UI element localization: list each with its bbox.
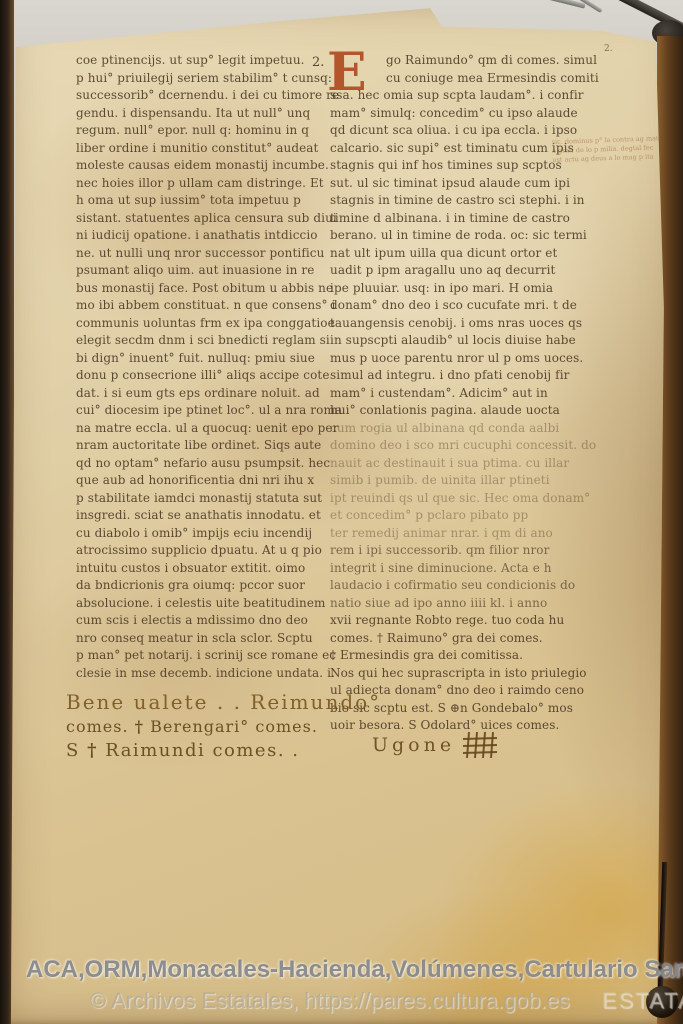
manuscript-column-right: go Raimundo° qm di comes. simulcu coniug… (330, 52, 586, 735)
manuscript-text-line: simul ad integru. i dno pfati cenobij fi… (330, 367, 586, 385)
manuscript-text-line: ne. ut nulli unq nror successor pontific… (76, 245, 320, 263)
manuscript-text-line: calcario. sic supi° est timinatu cum ipi… (330, 140, 586, 158)
manuscript-text-line: cu diabolo i omib° impijs eciu incendij (76, 525, 320, 543)
manuscript-text-line: comes. † Raimuno° gra dei comes. (330, 630, 586, 648)
manuscript-text-line: cu coniuge mea Ermesindis comiti (386, 70, 586, 88)
manuscript-text-line: sut. ul sic timinat ipsud alaude cum ipi (330, 175, 586, 193)
manuscript-text-line: h oma ut sup iussim° tota impetuu p (76, 192, 320, 210)
manuscript-text-line: ter remedij animar nrar. i qm di ano (330, 525, 586, 543)
manuscript-text-line: tauangensis cenobij. i oms nras uoces qs (330, 315, 586, 333)
manuscript-text-line: p stabilitate iamdci monastij statuta su… (76, 490, 320, 508)
manuscript-text-line: insgredi. sciat se anathatis innodatu. e… (76, 507, 320, 525)
manuscript-text-line: successorib° dcernendu. i dei cu timore … (76, 87, 320, 105)
manuscript-text-line: nec hoies illor p ullam cam distringe. E… (76, 175, 320, 193)
manuscript-text-line: et concedim° p pclaro pibato pp (330, 507, 586, 525)
manuscript-text-line: natio siue ad ipo anno iiii kl. i anno (330, 595, 586, 613)
manuscript-text-line: ni iudicij opatione. i anathatis intdicc… (76, 227, 320, 245)
manuscript-text-line: ipe pluuiar. usq: in ipo mari. H omia (330, 280, 586, 298)
manuscript-text-line: coe ptinencijs. ut sup° legit impetuu. (76, 52, 320, 70)
copyright-text: © Archivos Estatales, https://pares.cult… (90, 988, 570, 1013)
manuscript-text-line: mo ibi abbem constituat. n que consens° … (76, 297, 320, 315)
manuscript-column-left: coe ptinencijs. ut sup° legit impetuu.p … (76, 52, 320, 682)
manuscript-text-line: in supscpti alaudib° ul locis diuise hab… (330, 332, 586, 350)
manuscript-text-line: † Ermesindis gra dei comitissa. (330, 647, 586, 665)
manuscript-text-line: laudacio i cofirmatio seu condicionis do (330, 577, 586, 595)
manuscript-text-line: sistant. statuentes aplica censura sub d… (76, 210, 320, 228)
manuscript-text-line: elegit secdm dnm i sci bnedicti reglam s… (76, 332, 320, 350)
manuscript-text-line: nram auctoritate libe ordinet. Siqs aute (76, 437, 320, 455)
signum-cross-icon: † (135, 717, 144, 736)
manuscript-text-line: domino deo i sco mri cucuphi concessit. … (330, 437, 586, 455)
manuscript-text-line: p man° pet notarij. i scrinij sce romane… (76, 647, 320, 665)
manuscript-text-line: cum rogia ul albinana qd conda aalbi (330, 420, 586, 438)
manuscript-text-line: nauit ac destinauit i sua ptima. cu illa… (330, 455, 586, 473)
manuscript-text-line: bus monastij face. Post obitum u abbis n… (76, 280, 320, 298)
signature-text: Berengari° comes. (150, 717, 318, 736)
manuscript-text-line: nro conseq meatur in scla sclor. Scptu (76, 630, 320, 648)
manuscript-text-line: simib i pumib. de uinita illar ptineti (330, 472, 586, 490)
manuscript-text-line: dat. i si eum gts eps ordinare noluit. a… (76, 385, 320, 403)
manuscript-text-line: berano. ul in timine de roda. oc: sic te… (330, 227, 586, 245)
signature-text: Raimundi comes. . (105, 740, 299, 761)
signature-text: comes. (66, 717, 129, 736)
manuscript-text-line: qd dicunt sca oliua. i cu ipa eccla. i i… (330, 122, 586, 140)
manuscript-text-line: timine d albinana. i in timine de castro (330, 210, 586, 228)
manuscript-text-line: hui° conlationis pagina. alaude uocta (330, 402, 586, 420)
bene-valete-signature: Bene ualete . . Reimundo° (66, 690, 381, 714)
ugone-signature: Ugone (372, 732, 499, 758)
manuscript-text-line: communis uoluntas frm ex ipa conggatioe (76, 315, 320, 333)
manuscript-text-line: mam° simulq: concedim° cu ipso alaude (330, 105, 586, 123)
ugone-grid-signum-icon (463, 732, 499, 758)
manuscript-text-line: regum. null° epor. null q: hominu in q (76, 122, 320, 140)
manuscript-text-line: xvii regnante Robto rege. tuo coda hu (330, 612, 586, 630)
manuscript-text-line: ssa. hec omia sup scpta laudam°. i confi… (330, 87, 586, 105)
manuscript-text-line: mam° i custendam°. Adicim° aut in (330, 385, 586, 403)
manuscript-text-line: cum scis i electis a mdissimo dno deo (76, 612, 320, 630)
manuscript-text-line: rem i ipi successorib. qm filior nror (330, 542, 586, 560)
manuscript-text-line: integrit i sine diminucione. Acta e h (330, 560, 586, 578)
raimundus-signature: S † Raimundi comes. . (66, 740, 381, 761)
manuscript-text-line: stagnis in timine de castro sci stephi. … (330, 192, 586, 210)
manuscript-text-line: donam° dno deo i sco cucufate mri. t de (330, 297, 586, 315)
manuscript-text-line: liber ordine i munitio constitut° audeat (76, 140, 320, 158)
manuscript-text-line: stagnis qui inf hos timines sup scptos (330, 157, 586, 175)
metal-rod-icon (522, 0, 585, 9)
marginal-annotation: sic. dominus p° la contra ag mata grati … (552, 134, 669, 165)
manuscript-text-line: moleste causas eidem monastij incumbe. (76, 157, 320, 175)
copyright-caption: © Archivos Estatales, https://pares.cult… (90, 988, 683, 1014)
manuscript-text-line: bi dign° inuent° fuit. nulluq: pmiu siue (76, 350, 320, 368)
signature-text: Ugone (372, 734, 455, 756)
manuscript-text-line: uadit p ipm aragallu uno aq decurrit (330, 262, 586, 280)
watermark-text: ESTATALES (602, 988, 683, 1013)
pencil-corner-mark: 2. (604, 44, 613, 54)
manuscript-text-line: mus p uoce parentu nror ul p oms uoces. (330, 350, 586, 368)
manuscript-text-line: absolucione. i celestis uite beatitudine… (76, 595, 320, 613)
signature-block-left: Bene ualete . . Reimundo° comes. † Beren… (66, 690, 381, 761)
berengarius-signature: comes. † Berengari° comes. (66, 717, 381, 736)
manuscript-photo: 2. 2. E coe ptinencijs. ut sup° legit im… (0, 0, 683, 1024)
manuscript-text-line: na matre eccla. ul a quocuq: uenit epo p… (76, 420, 320, 438)
manuscript-text-line: atrocissimo supplicio dpuatu. At u q pio (76, 542, 320, 560)
manuscript-text-line: da bndicrionis gra oiumq: pccor suor (76, 577, 320, 595)
manuscript-text-line: go Raimundo° qm di comes. simul (386, 52, 586, 70)
signature-text: S (66, 740, 80, 761)
manuscript-text-line: intuitu custos i obsuator extitit. oimo (76, 560, 320, 578)
manuscript-text-line: cui° diocesim ipe ptinet loc°. ul a nra … (76, 402, 320, 420)
manuscript-text-line: nat ult ipum uilla qua dicunt ortor et (330, 245, 586, 263)
archive-reference-caption: ACA,ORM,Monacales-Hacienda,Volúmenes,Car… (26, 956, 683, 984)
manuscript-text-line: p hui° priuilegij seriem stabilim° t cun… (76, 70, 320, 88)
signum-cross-icon: † (87, 740, 98, 761)
manuscript-text-line: Nos qui hec suprascripta in isto priuleg… (330, 665, 586, 683)
manuscript-text-line: qd no optam° nefario ausu psumpsit. hec (76, 455, 320, 473)
manuscript-text-line: psumant aliqo uim. aut inuasione in re (76, 262, 320, 280)
manuscript-text-line: donu p consecrione illi° aliqs accipe co… (76, 367, 320, 385)
manuscript-text-line: clesie in mse decemb. indicione undata. … (76, 665, 320, 683)
manuscript-text-line: que aub ad honorificentia dni nri ihu x (76, 472, 320, 490)
manuscript-text-line: ipt reuindi qs ul que sic. Hec oma donam… (330, 490, 586, 508)
manuscript-text-line: gendu. i dispensandu. Ita ut null° unq (76, 105, 320, 123)
